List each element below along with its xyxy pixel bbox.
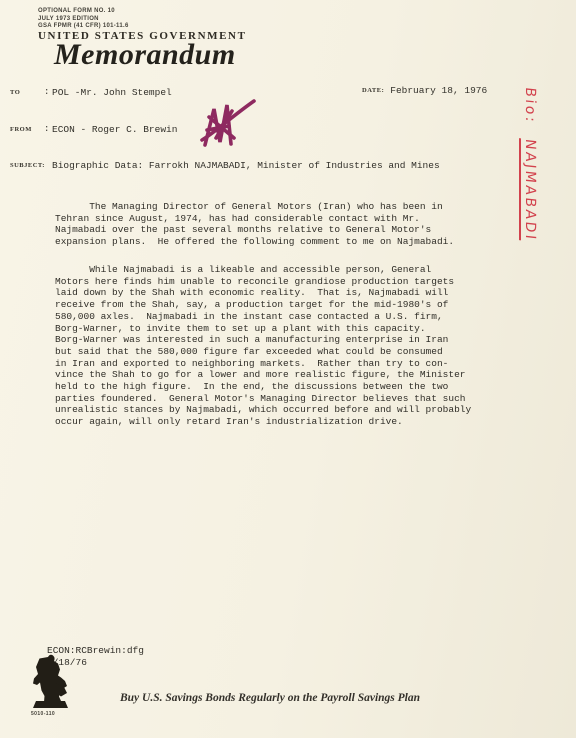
to-colon: : — [44, 87, 52, 97]
date-value: February 18, 1976 — [390, 85, 487, 96]
from-value: ECON - Roger C. Brewin — [52, 124, 177, 135]
date-label: DATE: — [362, 85, 384, 94]
margin-note-prefix: Bio: — [522, 86, 538, 124]
from-colon: : — [44, 124, 52, 134]
from-row: FROM : ECON - Roger C. Brewin — [10, 124, 177, 135]
memo-page: OPTIONAL FORM NO. 10 JULY 1973 EDITION G… — [0, 0, 576, 738]
body-paragraph-2: While Najmabadi is a likeable and access… — [55, 264, 471, 428]
signature-scrawl-icon — [196, 96, 258, 152]
memorandum-title: Memorandum — [54, 38, 236, 72]
emblem-form-number: 5010-110 — [31, 711, 55, 717]
subject-value: Biographic Data: Farrokh NAJMABADI, Mini… — [52, 160, 440, 171]
savings-bond-slogan: Buy U.S. Savings Bonds Regularly on the … — [80, 692, 460, 704]
subject-row: SUBJECT: Biographic Data: Farrokh NAJMAB… — [10, 160, 440, 171]
to-row: TO : POL -Mr. John Stempel — [10, 87, 172, 98]
date-row: DATE: February 18, 1976 — [362, 85, 487, 96]
margin-note-name: NAJMABADI — [519, 138, 538, 242]
to-label: TO — [10, 87, 44, 96]
to-value: POL -Mr. John Stempel — [52, 87, 172, 98]
from-label: FROM — [10, 124, 44, 133]
subject-label: SUBJECT: — [10, 160, 52, 169]
body-paragraph-1: The Managing Director of General Motors … — [55, 201, 454, 248]
form-edition-note: OPTIONAL FORM NO. 10 JULY 1973 EDITION G… — [38, 8, 129, 31]
margin-note: Bio: NAJMABADI — [516, 86, 538, 324]
minuteman-statue-icon — [32, 654, 70, 710]
